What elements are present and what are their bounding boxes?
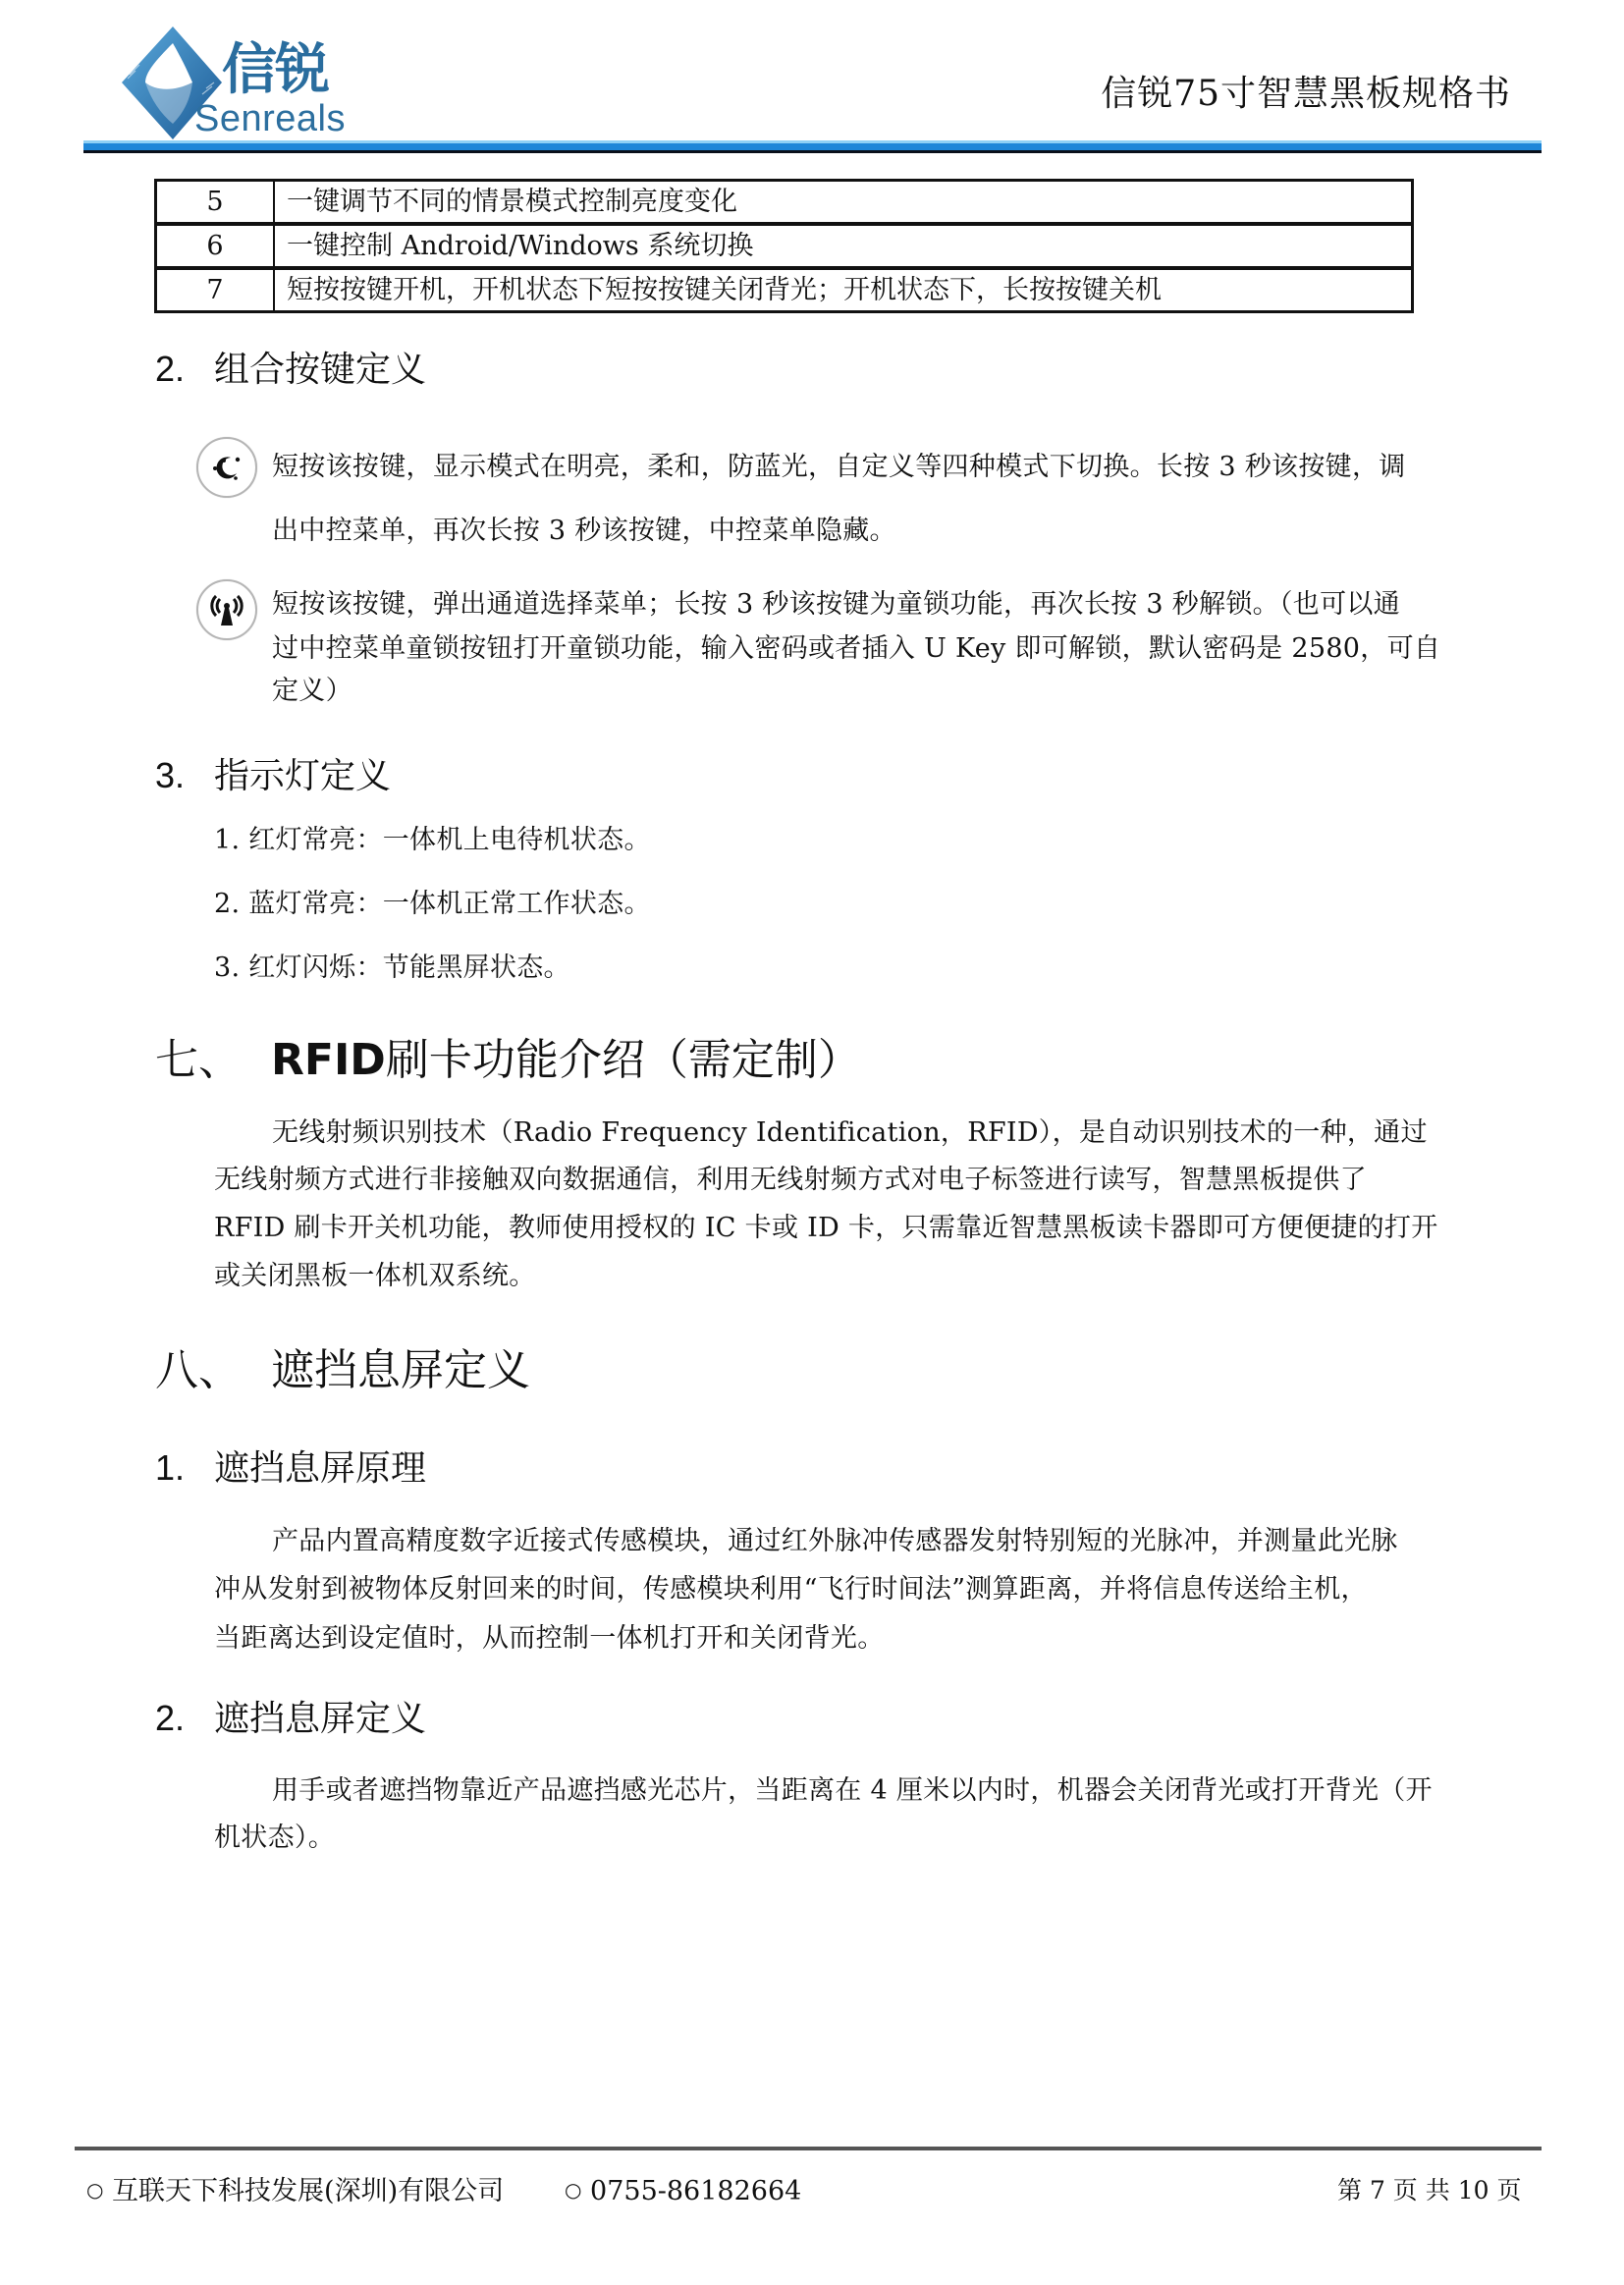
rfid-paragraph-line-4: 或关闭黑板一体机双系统。 [214,1263,536,1289]
row-number: 5 [156,181,275,225]
heading-text: 遮挡息屏原理 [214,1448,426,1489]
heading-number: 2. [155,352,214,387]
indicator-item-3: 3. 红灯闪烁：节能黑屏状态。 [214,954,570,981]
definition-paragraph-line-2: 机状态）。 [214,1824,335,1851]
combo-item-1-line-1: 短按该按键，显示模式在明亮，柔和，防蓝光，自定义等四种模式下切换。长按 3 秒该… [272,454,1406,480]
header-divider [83,140,1542,153]
principle-paragraph-line-2: 冲从发射到被物体反射回来的时间，传感模块利用“飞行时间法”测算距离，并将信息传送… [214,1576,1368,1603]
principle-paragraph-line-3: 当距离达到设定值时，从而控制一体机打开和关闭背光。 [214,1625,885,1652]
company-name: 互联天下科技发展(深圳)有限公司 [112,2176,504,2206]
row-description: 一键控制 Android/Windows 系统切换 [274,224,1413,268]
section-heading-cover-definition: 2.遮挡息屏定义 [155,1701,426,1737]
page-number: 第 7 页 共 10 页 [1337,2178,1521,2203]
row-number: 7 [156,268,275,312]
section-heading-combo-keys: 2.组合按键定义 [155,352,426,388]
chapter-number: 七、 [155,1039,271,1082]
heading-text: 遮挡息屏定义 [214,1699,426,1739]
heading-text: 指示灯定义 [214,756,391,796]
signal-antenna-icon [196,579,257,640]
principle-paragraph-line-1: 产品内置高精度数字近接式传感模块，通过红外脉冲传感器发射特别短的光脉冲，并测量此… [272,1528,1398,1554]
row-description: 一键调节不同的情景模式控制亮度变化 [274,181,1413,225]
footer-phone: ○ 0755-86182664 [565,2178,801,2204]
rfid-paragraph-line-3: RFID 刷卡开关机功能，教师使用授权的 IC 卡或 ID 卡，只需靠近智慧黑板… [214,1215,1438,1241]
moon-stars-icon [196,437,257,498]
chapter-title-text: 遮挡息屏定义 [271,1345,530,1395]
chapter-heading-cover-screen: 八、遮挡息屏定义 [155,1349,530,1392]
table-row: 7 短按按键开机，开机状态下短按按键关闭背光；开机状态下，长按按键关机 [156,268,1413,312]
section-heading-indicator: 3.指示灯定义 [155,758,391,794]
combo-item-2-line-1: 短按该按键，弹出通道选择菜单；长按 3 秒该按键为童锁功能，再次长按 3 秒解锁… [272,591,1400,618]
heading-number: 1. [155,1450,214,1486]
section-heading-cover-principle: 1.遮挡息屏原理 [155,1450,426,1487]
combo-item-1-line-2: 出中控菜单，再次长按 3 秒该按键，中控菜单隐藏。 [272,517,896,544]
indicator-item-1: 1. 红灯常亮：一体机上电待机状态。 [214,827,651,853]
bullet-circle-icon: ○ [565,2178,581,2202]
heading-text: 组合按键定义 [214,350,426,390]
definition-paragraph-line-1: 用手或者遮挡物靠近产品遮挡感光芯片，当距离在 4 厘米以内时，机器会关闭背光或打… [272,1777,1433,1804]
combo-item-2-line-2: 过中控菜单童锁按钮打开童锁功能，输入密码或者插入 U Key 即可解锁，默认密码… [272,635,1440,662]
table-row: 5 一键调节不同的情景模式控制亮度变化 [156,181,1413,225]
company-logo: 信锐 Senreals [116,22,361,144]
logo-chinese-text: 信锐 [222,43,328,98]
logo-english-text: Senreals [194,100,346,137]
key-definition-table: 5 一键调节不同的情景模式控制亮度变化 6 一键控制 Android/Windo… [154,179,1414,313]
row-description: 短按按键开机，开机状态下短按按键关闭背光；开机状态下，长按按键关机 [274,268,1413,312]
footer-company: ○ 互联天下科技发展(深圳)有限公司 [86,2178,504,2204]
table-row: 6 一键控制 Android/Windows 系统切换 [156,224,1413,268]
chapter-title-text: 刷卡功能介绍（需定制） [386,1035,861,1085]
row-number: 6 [156,224,275,268]
heading-number: 2. [155,1701,214,1736]
heading-number: 3. [155,758,214,793]
footer-divider [75,2147,1542,2150]
rfid-paragraph-line-2: 无线射频方式进行非接触双向数据通信，利用无线射频方式对电子标签进行读写，智慧黑板… [214,1167,1367,1193]
rfid-paragraph-line-1: 无线射频识别技术（Radio Frequency Identification，… [272,1119,1428,1146]
phone-number: 0755-86182664 [590,2176,801,2206]
indicator-item-2: 2. 蓝灯常亮：一体机正常工作状态。 [214,891,651,917]
combo-item-2-line-3: 定义） [272,678,352,704]
chapter-heading-rfid: 七、RFID刷卡功能介绍（需定制） [155,1039,861,1082]
chapter-title-bold: RFID [271,1035,386,1085]
document-title: 信锐75寸智慧黑板规格书 [1101,77,1511,112]
bullet-circle-icon: ○ [86,2178,103,2202]
chapter-number: 八、 [155,1349,271,1392]
